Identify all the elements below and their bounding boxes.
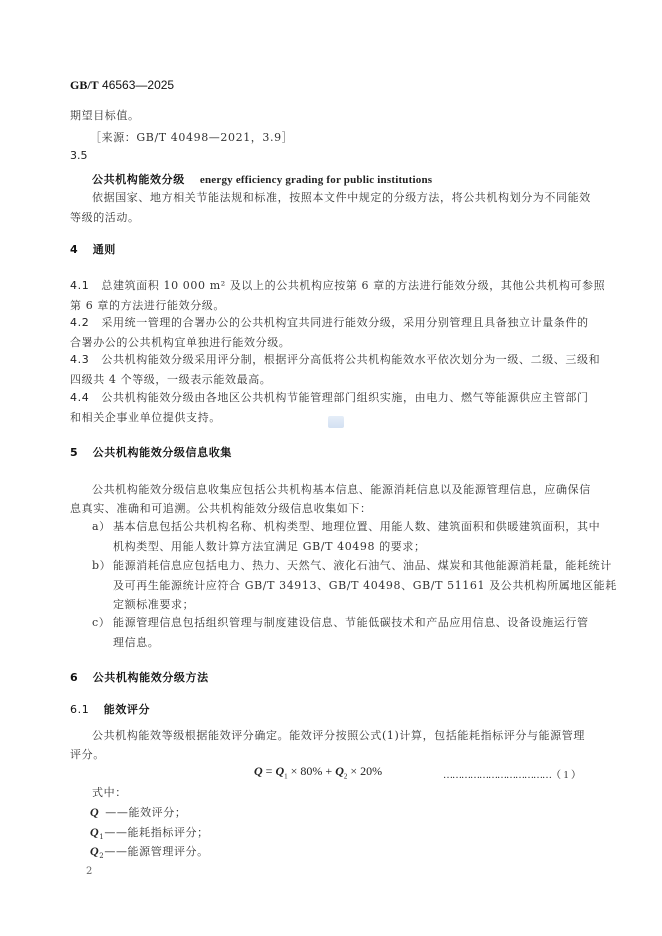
watermark-logo-icon (328, 416, 344, 428)
variable-dash: —— (104, 845, 127, 858)
subsection-6-1-para-line1: 公共机构能效等级根据能效评分确定。能效评分按照公式(1)计算，包括能耗指标评分与… (92, 727, 585, 743)
variable-symbol: Q (90, 825, 99, 839)
formula-q: Q (254, 764, 263, 778)
list-item-a-line2: 机构类型、用能人数计算方法宜满足 GB/T 40498 的要求； (113, 538, 426, 554)
clause-4-3: 4.3 公共机构能效分级采用评分制，根据评分高低将公共机构能效水平依次划分为一级… (70, 351, 600, 367)
section-4-heading: 4 通则 (70, 241, 116, 257)
standard-prefix: GB/T (70, 78, 99, 92)
term-definition-line2: 等级的活动。 (70, 209, 140, 225)
variable-q1: Q1——能耗指标评分； (90, 824, 209, 841)
section-6-heading: 6 公共机构能效分级方法 (70, 669, 209, 685)
variable-symbol: Q (90, 805, 99, 819)
clause-text: 总建筑面积 10 000 m² 及以上的公共机构应按第 6 章的方法进行能效分级… (101, 279, 605, 292)
variable-desc: 能源管理评分。 (128, 845, 209, 858)
formula-q2: Q (335, 764, 344, 778)
variable-q2: Q2——能源管理评分。 (90, 843, 209, 860)
list-item-a-marker: a） (92, 518, 111, 534)
clause-text: 公共机构能效分级采用评分制，根据评分高低将公共机构能效水平依次划分为一级、二级、… (101, 353, 600, 366)
clause-number: 4.1 (70, 279, 89, 292)
where-label: 式中： (92, 784, 127, 800)
clause-number: 4.3 (70, 353, 89, 366)
formula-times: × (350, 764, 357, 778)
variable-symbol: Q (90, 844, 99, 858)
clause-4-3-cont: 四级共 4 个等级，一级表示能效最高。 (70, 371, 271, 387)
clause-4-2-cont: 合署办公的公共机构宜单独进行能效分级。 (70, 334, 290, 350)
term-heading: 公共机构能效分级 energy efficiency grading for p… (92, 168, 432, 187)
subsection-number: 6.1 (70, 703, 89, 716)
document-page: GB/T 46563—2025 期望目标值。 ［来源：GB/T 40498—20… (0, 0, 662, 936)
subsection-6-1-heading: 6.1 能效评分 (70, 701, 150, 717)
section-5-intro-line1: 公共机构能效分级信息收集应包括公共机构基本信息、能源消耗信息以及能源管理信息，应… (92, 481, 591, 497)
clause-4-4-cont: 和相关企事业单位提供支持。 (70, 409, 221, 425)
subsection-title: 能效评分 (104, 703, 150, 716)
formula-leader: ………………………………（ 1 ） (443, 766, 581, 781)
variable-dash: —— (105, 806, 128, 819)
section-number: 5 (70, 446, 78, 459)
list-item-a-line1: 基本信息包括公共机构名称、机构类型、地理位置、用能人数、建筑面积和供暖建筑面积，… (113, 518, 600, 534)
section-title: 通则 (93, 243, 116, 256)
clause-4-1: 4.1 总建筑面积 10 000 m² 及以上的公共机构应按第 6 章的方法进行… (70, 277, 605, 293)
formula-1: Q = Q1 × 80% + Q2 × 20% (254, 764, 382, 780)
variable-dash: —— (104, 826, 127, 839)
section-number: 4 (70, 243, 78, 256)
clause-4-2: 4.2 采用统一管理的合署办公的公共机构宜共同进行能效分级，采用分别管理且具备独… (70, 314, 589, 330)
list-item-c-line1: 能源管理信息包括组织管理与制度建设信息、节能低碳技术和产品应用信息、设备设施运行… (113, 614, 589, 630)
clause-text: 公共机构能效分级由各地区公共机构节能管理部门组织实施，由电力、燃气等能源供应主管… (101, 391, 588, 404)
standard-number: 46563—2025 (102, 78, 174, 92)
list-item-b-line1: 能源消耗信息应包括电力、热力、天然气、液化石油气、油品、煤炭和其他能源消耗量，能… (113, 557, 612, 573)
section-5-heading: 5 公共机构能效分级信息收集 (70, 444, 232, 460)
formula-q1-sub: 1 (284, 772, 288, 780)
clause-number: 4.2 (70, 316, 89, 329)
dot-leader: ……………………………… (443, 770, 551, 781)
clause-4-1-cont: 第 6 章的方法进行能效分级。 (70, 297, 225, 313)
formula-q1: Q (275, 764, 284, 778)
subsection-6-1-para-line2: 评分。 (70, 746, 105, 762)
clause-number: 4.4 (70, 391, 89, 404)
equation-number: （ 1 ） (551, 770, 581, 781)
clause-4-4: 4.4 公共机构能效分级由各地区公共机构节能管理部门组织实施，由电力、燃气等能源… (70, 389, 589, 405)
section-title: 公共机构能效分级方法 (93, 671, 209, 684)
variable-desc: 能效评分； (128, 806, 186, 819)
standard-header: GB/T 46563—2025 (70, 78, 174, 93)
list-item-b-line3: 定额标准要求； (113, 596, 194, 612)
section-number: 6 (70, 671, 78, 684)
formula-pct1: 80% (300, 764, 322, 778)
clause-text: 采用统一管理的合署办公的公共机构宜共同进行能效分级，采用分别管理且具备独立计量条… (101, 316, 588, 329)
term-en: energy efficiency grading for public ins… (200, 174, 432, 186)
term-number: 3.5 (70, 149, 88, 162)
section-title: 公共机构能效分级信息收集 (93, 446, 232, 459)
variable-desc: 能耗指标评分； (128, 826, 209, 839)
section-5-intro-line2: 息真实、准确和可追溯。公共机构能效分级信息收集如下： (70, 500, 372, 516)
list-item-b-marker: b） (92, 557, 111, 573)
term-definition-line1: 依据国家、地方相关节能法规和标准，按照本文件中规定的分级方法，将公共机构划分为不… (92, 189, 591, 205)
formula-times: × (291, 764, 298, 778)
term-zh: 公共机构能效分级 (92, 173, 185, 186)
formula-pct2: 20% (360, 764, 382, 778)
formula-equals: = (266, 764, 273, 778)
list-item-b-line2: 及可再生能源统计应符合 GB/T 34913、GB/T 40498、GB/T 5… (113, 577, 617, 593)
list-item-c-marker: c） (92, 614, 110, 630)
source-reference: ［来源：GB/T 40498—2021，3.9］ (90, 129, 293, 145)
list-item-c-line2: 理信息。 (113, 634, 159, 650)
formula-q2-sub: 2 (344, 772, 348, 780)
variable-q: Q——能效评分； (90, 804, 186, 820)
page-number: 2 (86, 866, 92, 877)
formula-plus: + (325, 764, 332, 778)
continuation-text: 期望目标值。 (70, 107, 140, 123)
